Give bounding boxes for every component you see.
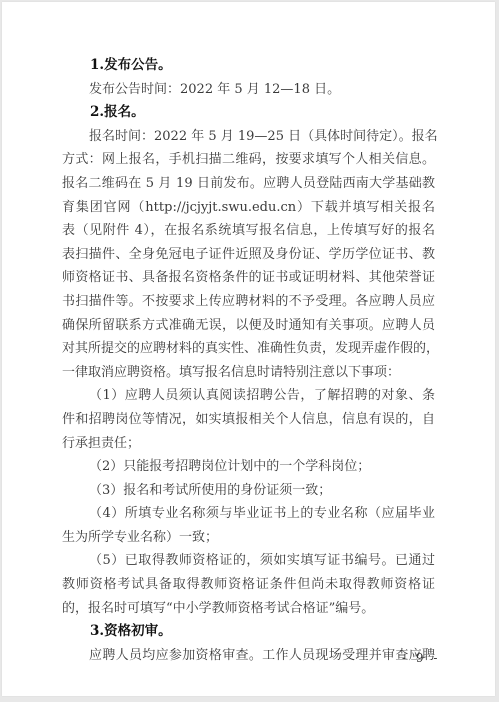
paragraph-line: 表扫描件、全身免冠电子证件近照及身份证、学历学位证书、教 <box>62 243 435 267</box>
list-item-5: （5）已取得教师资格证的，须如实填写证书编号。已通过 <box>62 549 435 573</box>
paragraph-line: 生为所学专业名称）一致； <box>62 526 435 550</box>
paragraph-line: 一律取消应聘资格。填写报名信息时请特别注意以下事项： <box>62 361 435 385</box>
paragraph-line: 教师资格考试具备取得教师资格证条件但尚未取得教师资格证 <box>62 573 435 597</box>
paragraph-line: 育集团官网（http://jcjyjt.swu.edu.cn）下载并填写相关报名 <box>62 196 435 220</box>
page-content: 1.发布公告。 发布公告时间：2022 年 5 月 12—18 日。 2.报名。… <box>62 54 435 667</box>
section-heading-register: 2.报名。 <box>62 101 435 125</box>
paragraph-line: 方式：网上报名，手机扫描二维码，按要求填写个人相关信息。 <box>62 148 435 172</box>
paragraph-line: 报名时间：2022 年 5 月 19—25 日（具体时间待定）。报名 <box>62 125 435 149</box>
paragraph-line: 师资格证书、具备报名资格条件的证书或证明材料、其他荣誉证 <box>62 266 435 290</box>
list-item-3: （3）报名和考试所使用的身份证须一致； <box>62 479 435 503</box>
paragraph-line: 应聘人员均应参加资格审查。工作人员现场受理并审查应聘 <box>62 644 435 668</box>
section-heading-publish: 1.发布公告。 <box>62 54 435 78</box>
paragraph-line: 的，报名时可填写“中小学教师资格考试合格证”编号。 <box>62 597 435 621</box>
paragraph-line: 发布公告时间：2022 年 5 月 12—18 日。 <box>62 78 435 102</box>
document-page: 1.发布公告。 发布公告时间：2022 年 5 月 12—18 日。 2.报名。… <box>2 2 495 696</box>
paragraph-line: 表（见附件 4），在报名系统填写报名信息，上传填写好的报名 <box>62 219 435 243</box>
paragraph-line: 报名二维码在 5 月 19 日前发布。应聘人员登陆西南大学基础教 <box>62 172 435 196</box>
list-item-1: （1）应聘人员须认真阅读招聘公告，了解招聘的对象、条 <box>62 384 435 408</box>
list-item-2: （2）只能报考招聘岗位计划中的一个学科岗位； <box>62 455 435 479</box>
section-heading-review: 3.资格初审。 <box>62 620 435 644</box>
paragraph-line: 书扫描件等。不按要求上传应聘材料的不予受理。各应聘人员应 <box>62 290 435 314</box>
list-item-4: （4）所填专业名称须与毕业证书上的专业名称（应届毕业 <box>62 502 435 526</box>
paragraph-line: 行承担责任； <box>62 432 435 456</box>
page-number: - 9 - <box>402 651 440 665</box>
paragraph-line: 件和招聘岗位等情况，如实填报相关个人信息，信息有误的，自 <box>62 408 435 432</box>
paragraph-line: 对其所提交的应聘材料的真实性、准确性负责，发现弄虚作假的， <box>62 337 435 361</box>
paragraph-line: 确保所留联系方式准确无误，以便及时通知有关事项。应聘人员 <box>62 314 435 338</box>
